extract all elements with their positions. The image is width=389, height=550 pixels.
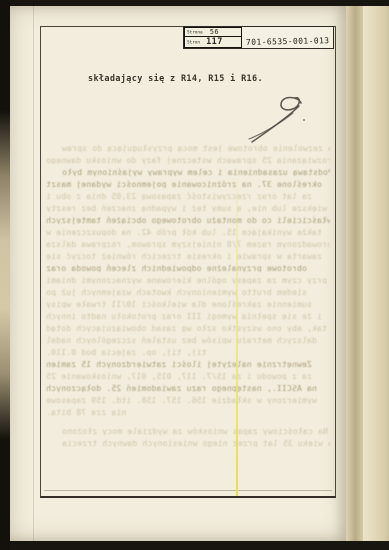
total-pages-row: Stron 117 <box>185 37 241 47</box>
frame-bottom-double-line <box>44 490 332 491</box>
page-counter-stamp: Strona 56 Stron 117 701-6535-001-013 <box>183 26 334 49</box>
typed-headline: składający się z R14, R15 i R16. <box>88 74 338 84</box>
underlying-page-edge <box>363 6 389 541</box>
page-counter-cells: Strona 56 Stron 117 <box>184 27 242 48</box>
scanned-document-page: Strona 56 Stron 117 701-6535-001-013 skł… <box>0 0 389 550</box>
archive-code-cell: 701-6535-001-013 <box>242 27 333 48</box>
total-pages-label: Stron <box>187 39 200 44</box>
bleedthrough-text: a zezwolenie obrotowe jest mocą przysług… <box>46 140 330 447</box>
page-label: Strona <box>187 29 203 34</box>
yellow-scan-artifact-line <box>236 180 238 496</box>
page-number: 56 <box>210 28 219 36</box>
total-pages-number: 117 <box>206 37 223 47</box>
archive-reference-code: 701-6535-001-013 <box>246 36 330 47</box>
paper-fold-line <box>33 6 34 541</box>
page-number-row: Strona 56 <box>185 28 241 37</box>
page-curl-shading <box>346 6 363 541</box>
book-cover-left-edge <box>0 0 10 550</box>
